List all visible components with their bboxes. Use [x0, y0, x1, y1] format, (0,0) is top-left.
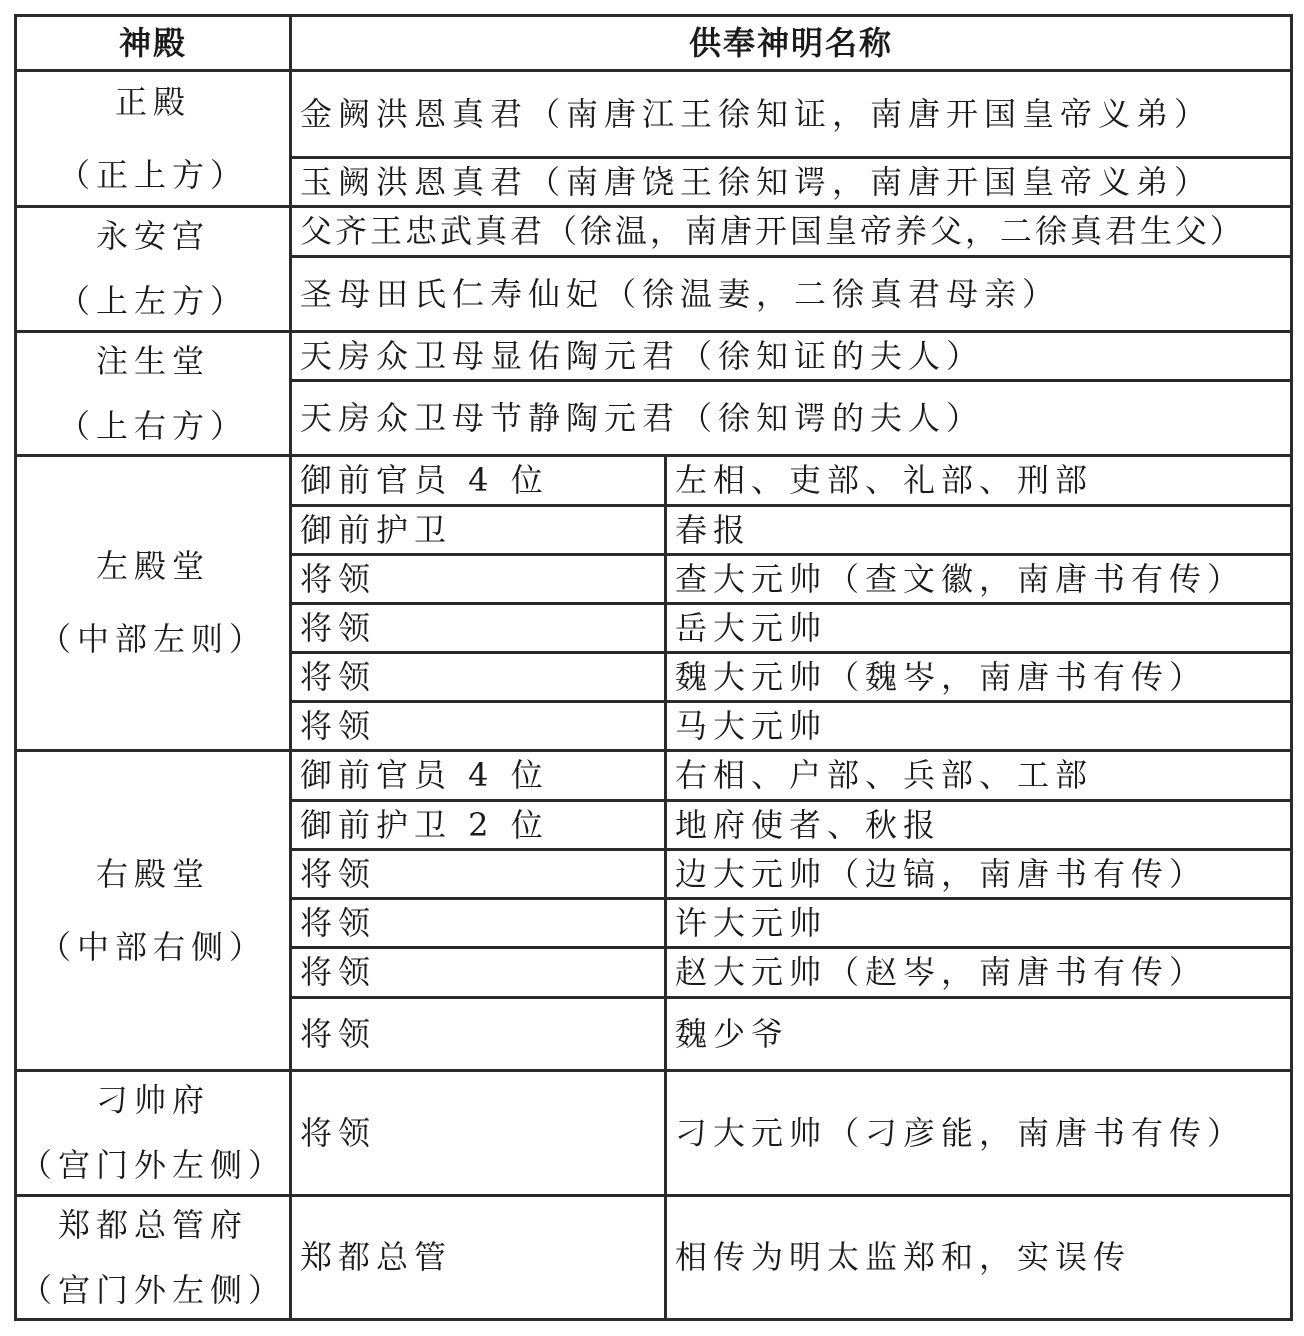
- deity-cell: 赵大元帅（赵岑，南唐书有传）: [666, 948, 1292, 998]
- deity-cell: 父齐王忠武真君（徐温，南唐开国皇帝养父，二徐真君生父）: [291, 207, 1292, 257]
- role-cell: 郑都总管: [291, 1196, 666, 1320]
- deity-cell: 相传为明太监郑和，实误传: [666, 1196, 1292, 1320]
- deity-cell: 岳大元帅: [666, 604, 1292, 653]
- deity-cell: 魏少爷: [666, 998, 1292, 1071]
- hall-location: （宫门外左侧）: [17, 1147, 289, 1184]
- role-cell: 将领: [291, 899, 666, 948]
- table-row: 右殿堂 （中部右侧） 御前官员 4 位 右相、户部、兵部、工部: [16, 751, 1292, 801]
- hall-cell: 郑都总管府 （宫门外左侧）: [16, 1196, 291, 1320]
- header-row: 神殿 供奉神明名称: [16, 16, 1292, 71]
- role-cell: 将领: [291, 948, 666, 998]
- table-row: 郑都总管府 （宫门外左侧） 郑都总管 相传为明太监郑和，实误传: [16, 1196, 1292, 1320]
- role-cell: 将领: [291, 998, 666, 1071]
- table-row: 左殿堂 （中部左则） 御前官员 4 位 左相、吏部、礼部、刑部: [16, 456, 1292, 506]
- deity-cell: 圣母田氏仁寿仙妃（徐温妻，二徐真君母亲）: [291, 257, 1292, 332]
- hall-location: （宫门外左侧）: [17, 1272, 289, 1309]
- hall-name: 左殿堂: [17, 548, 289, 585]
- role-cell: 将领: [291, 555, 666, 604]
- deity-cell: 地府使者、秋报: [666, 801, 1292, 850]
- deity-cell: 右相、户部、兵部、工部: [666, 751, 1292, 801]
- header-deity-name: 供奉神明名称: [291, 16, 1292, 71]
- deity-cell: 春报: [666, 506, 1292, 555]
- deity-cell: 天房众卫母节静陶元君（徐知谔的夫人）: [291, 381, 1292, 456]
- deity-cell: 马大元帅: [666, 702, 1292, 751]
- role-cell: 御前护卫: [291, 506, 666, 555]
- deity-cell: 金阙洪恩真君（南唐江王徐知证，南唐开国皇帝义弟）: [291, 71, 1292, 158]
- deity-cell: 天房众卫母显佑陶元君（徐知证的夫人）: [291, 332, 1292, 381]
- deity-cell: 左相、吏部、礼部、刑部: [666, 456, 1292, 506]
- role-cell: 将领: [291, 653, 666, 702]
- hall-location: （中部左则）: [17, 621, 289, 658]
- header-hall: 神殿: [16, 16, 291, 71]
- table-row: 正殿 （正上方） 金阙洪恩真君（南唐江王徐知证，南唐开国皇帝义弟）: [16, 71, 1292, 158]
- table-row: 注生堂 （上右方） 天房众卫母显佑陶元君（徐知证的夫人）: [16, 332, 1292, 381]
- role-cell: 将领: [291, 850, 666, 899]
- hall-location: （正上方）: [17, 157, 289, 194]
- hall-cell: 正殿 （正上方）: [16, 71, 291, 207]
- deity-table: 神殿 供奉神明名称 正殿 （正上方） 金阙洪恩真君（南唐江王徐知证，南唐开国皇帝…: [14, 14, 1293, 1321]
- deity-cell: 边大元帅（边镐，南唐书有传）: [666, 850, 1292, 899]
- role-cell: 御前官员 4 位: [291, 751, 666, 801]
- hall-cell: 永安宫 （上左方）: [16, 207, 291, 332]
- role-cell: 御前护卫 2 位: [291, 801, 666, 850]
- hall-name: 郑都总管府: [17, 1207, 289, 1244]
- hall-name: 永安宫: [17, 218, 289, 255]
- hall-cell: 左殿堂 （中部左则）: [16, 456, 291, 751]
- hall-cell: 刁帅府 （宫门外左侧）: [16, 1071, 291, 1196]
- hall-location: （上右方）: [17, 408, 289, 445]
- deity-cell: 许大元帅: [666, 899, 1292, 948]
- deity-cell: 刁大元帅（刁彦能，南唐书有传）: [666, 1071, 1292, 1196]
- hall-name: 注生堂: [17, 343, 289, 380]
- role-cell: 御前官员 4 位: [291, 456, 666, 506]
- hall-name: 右殿堂: [17, 856, 289, 893]
- hall-name: 正殿: [17, 84, 289, 121]
- role-cell: 将领: [291, 604, 666, 653]
- deity-cell: 查大元帅（查文徽，南唐书有传）: [666, 555, 1292, 604]
- deity-cell: 玉阙洪恩真君（南唐饶王徐知谔，南唐开国皇帝义弟）: [291, 158, 1292, 207]
- role-cell: 将领: [291, 1071, 666, 1196]
- role-cell: 将领: [291, 702, 666, 751]
- table-row: 刁帅府 （宫门外左侧） 将领 刁大元帅（刁彦能，南唐书有传）: [16, 1071, 1292, 1196]
- hall-cell: 右殿堂 （中部右侧）: [16, 751, 291, 1071]
- table-row: 永安宫 （上左方） 父齐王忠武真君（徐温，南唐开国皇帝养父，二徐真君生父）: [16, 207, 1292, 257]
- hall-cell: 注生堂 （上右方）: [16, 332, 291, 456]
- hall-name: 刁帅府: [17, 1082, 289, 1119]
- hall-location: （上左方）: [17, 283, 289, 320]
- deity-cell: 魏大元帅（魏岑，南唐书有传）: [666, 653, 1292, 702]
- hall-location: （中部右侧）: [17, 929, 289, 966]
